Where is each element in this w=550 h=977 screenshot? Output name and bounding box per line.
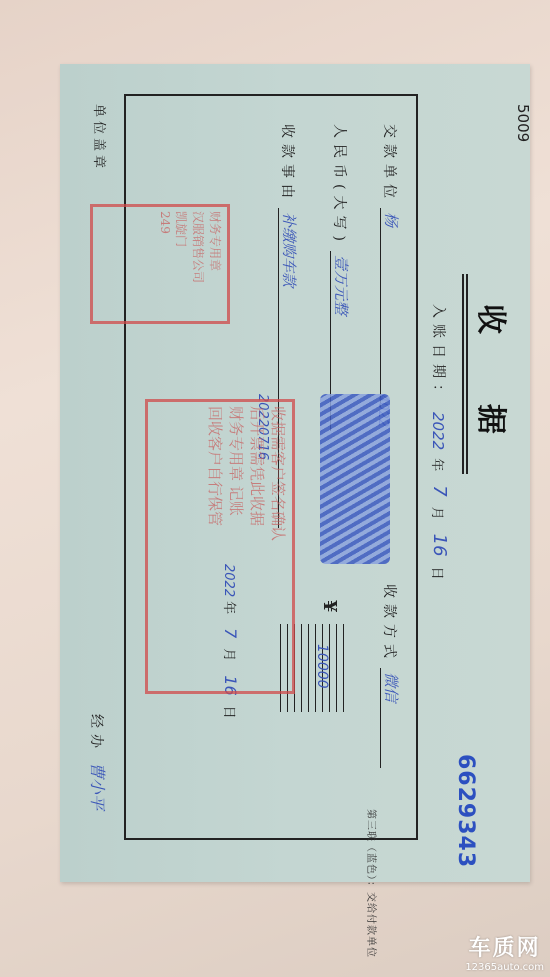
unit-seal-label: 单位盖章 [91, 104, 110, 172]
receipt-title: 收据 [472, 304, 516, 504]
entry-date: 入账日期： 2022 年 7 月 16 日 [429, 304, 450, 584]
yen-symbol: ¥ [319, 600, 340, 613]
watermark-logo: 车质网 12365auto.com [465, 931, 544, 973]
serial-prefix: 5009 [514, 104, 532, 142]
copy-note: 第三联（蓝色）：交给付款单位 [365, 809, 380, 958]
entry-month: 7 [429, 485, 450, 496]
receipt-rotated-content: 5009 收据 入账日期： 2022 年 7 月 16 日 6629343 交款… [60, 64, 530, 882]
receipt-number: 6629343 [453, 754, 478, 868]
handler-signature: 曹小平 [87, 762, 110, 810]
payer-value: 杨 [381, 212, 402, 227]
handler-field: 经办 曹小平 [87, 714, 110, 810]
entry-year: 2022 [429, 412, 447, 450]
amount-words-field: 人民币(大写) 壹万元整 [330, 124, 350, 431]
redaction-scribble [320, 394, 390, 564]
payer-field: 交款单位 杨 [380, 124, 400, 408]
amount-words-value: 壹万元整 [331, 255, 352, 315]
title-underline-2 [462, 274, 464, 474]
large-red-stamp: 收据需客户签名确认 后开票需凭此收据 财务专用章 记账 回收客户自行保管 [145, 399, 295, 694]
payment-method-value: 微信 [381, 672, 402, 702]
entry-day: 16 [429, 534, 450, 557]
amount-figure: 10000 [314, 644, 330, 689]
title-underline [466, 274, 468, 474]
payment-method-field: 收款方式 微信 [380, 584, 400, 768]
small-red-stamp: 财务专用章 汉服销售公司 凯旋门 249 [90, 204, 230, 324]
receipt-paper: 5009 收据 入账日期： 2022 年 7 月 16 日 6629343 交款… [60, 64, 530, 882]
reason-value: 补缴购车款 [279, 212, 300, 287]
